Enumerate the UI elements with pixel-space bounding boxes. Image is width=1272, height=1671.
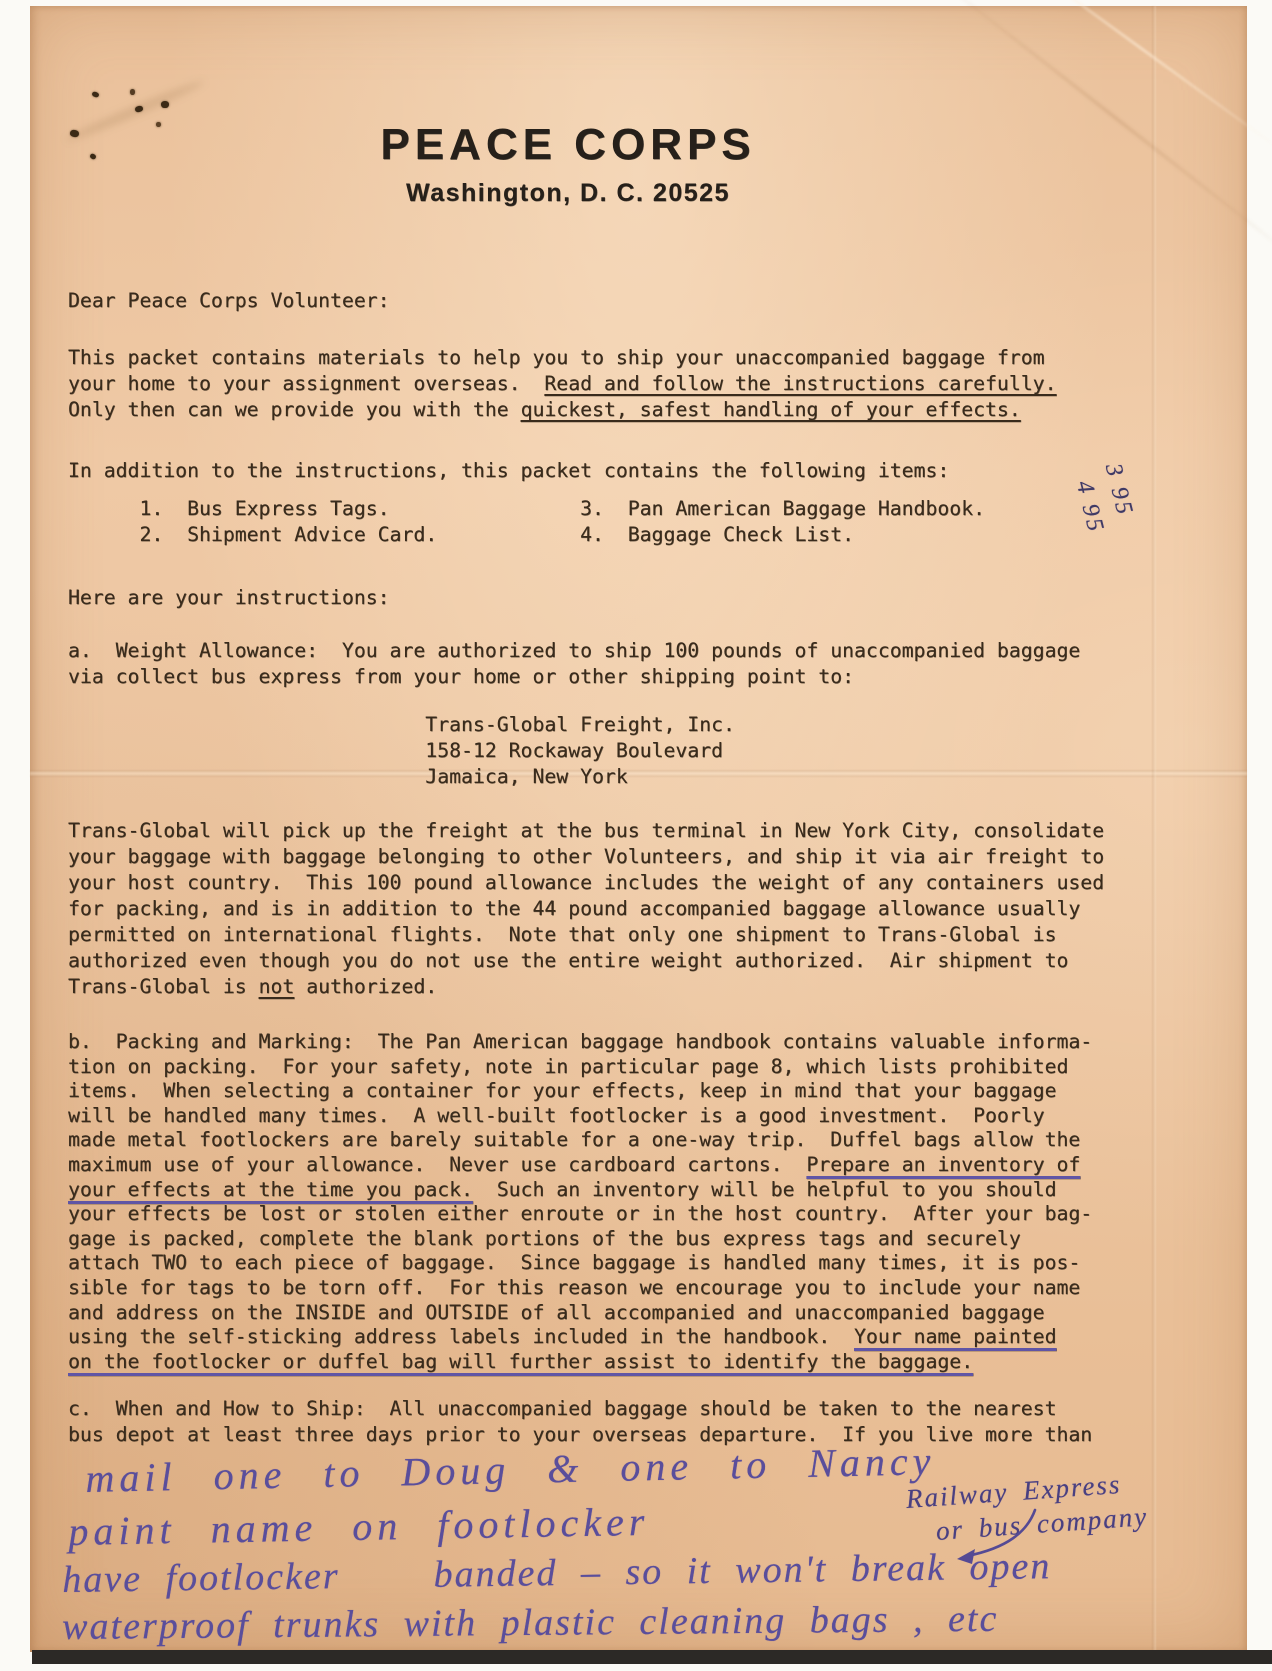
note-waterproof-trunks: waterproof trunks with plastic cleaning … [62, 1597, 999, 1649]
scan-bottom-edge [32, 1650, 1272, 1664]
letter-paper: PEACE CORPS Washington, D. C. 20525 Dear… [30, 6, 1247, 1652]
margin-price-1: 3 95 [1099, 461, 1138, 520]
handwritten-arrow-icon [935, 1504, 1045, 1574]
note-footlocker-banded: have footlocker banded – so it won't bre… [62, 1544, 1052, 1602]
note-paint-name: paint name on footlocker [68, 1498, 650, 1555]
note-mail-one: mail one to Doug & one to Nancy [85, 1437, 936, 1502]
handwritten-notes: mail one to Doug & one to Nancypaint nam… [30, 6, 1247, 1652]
